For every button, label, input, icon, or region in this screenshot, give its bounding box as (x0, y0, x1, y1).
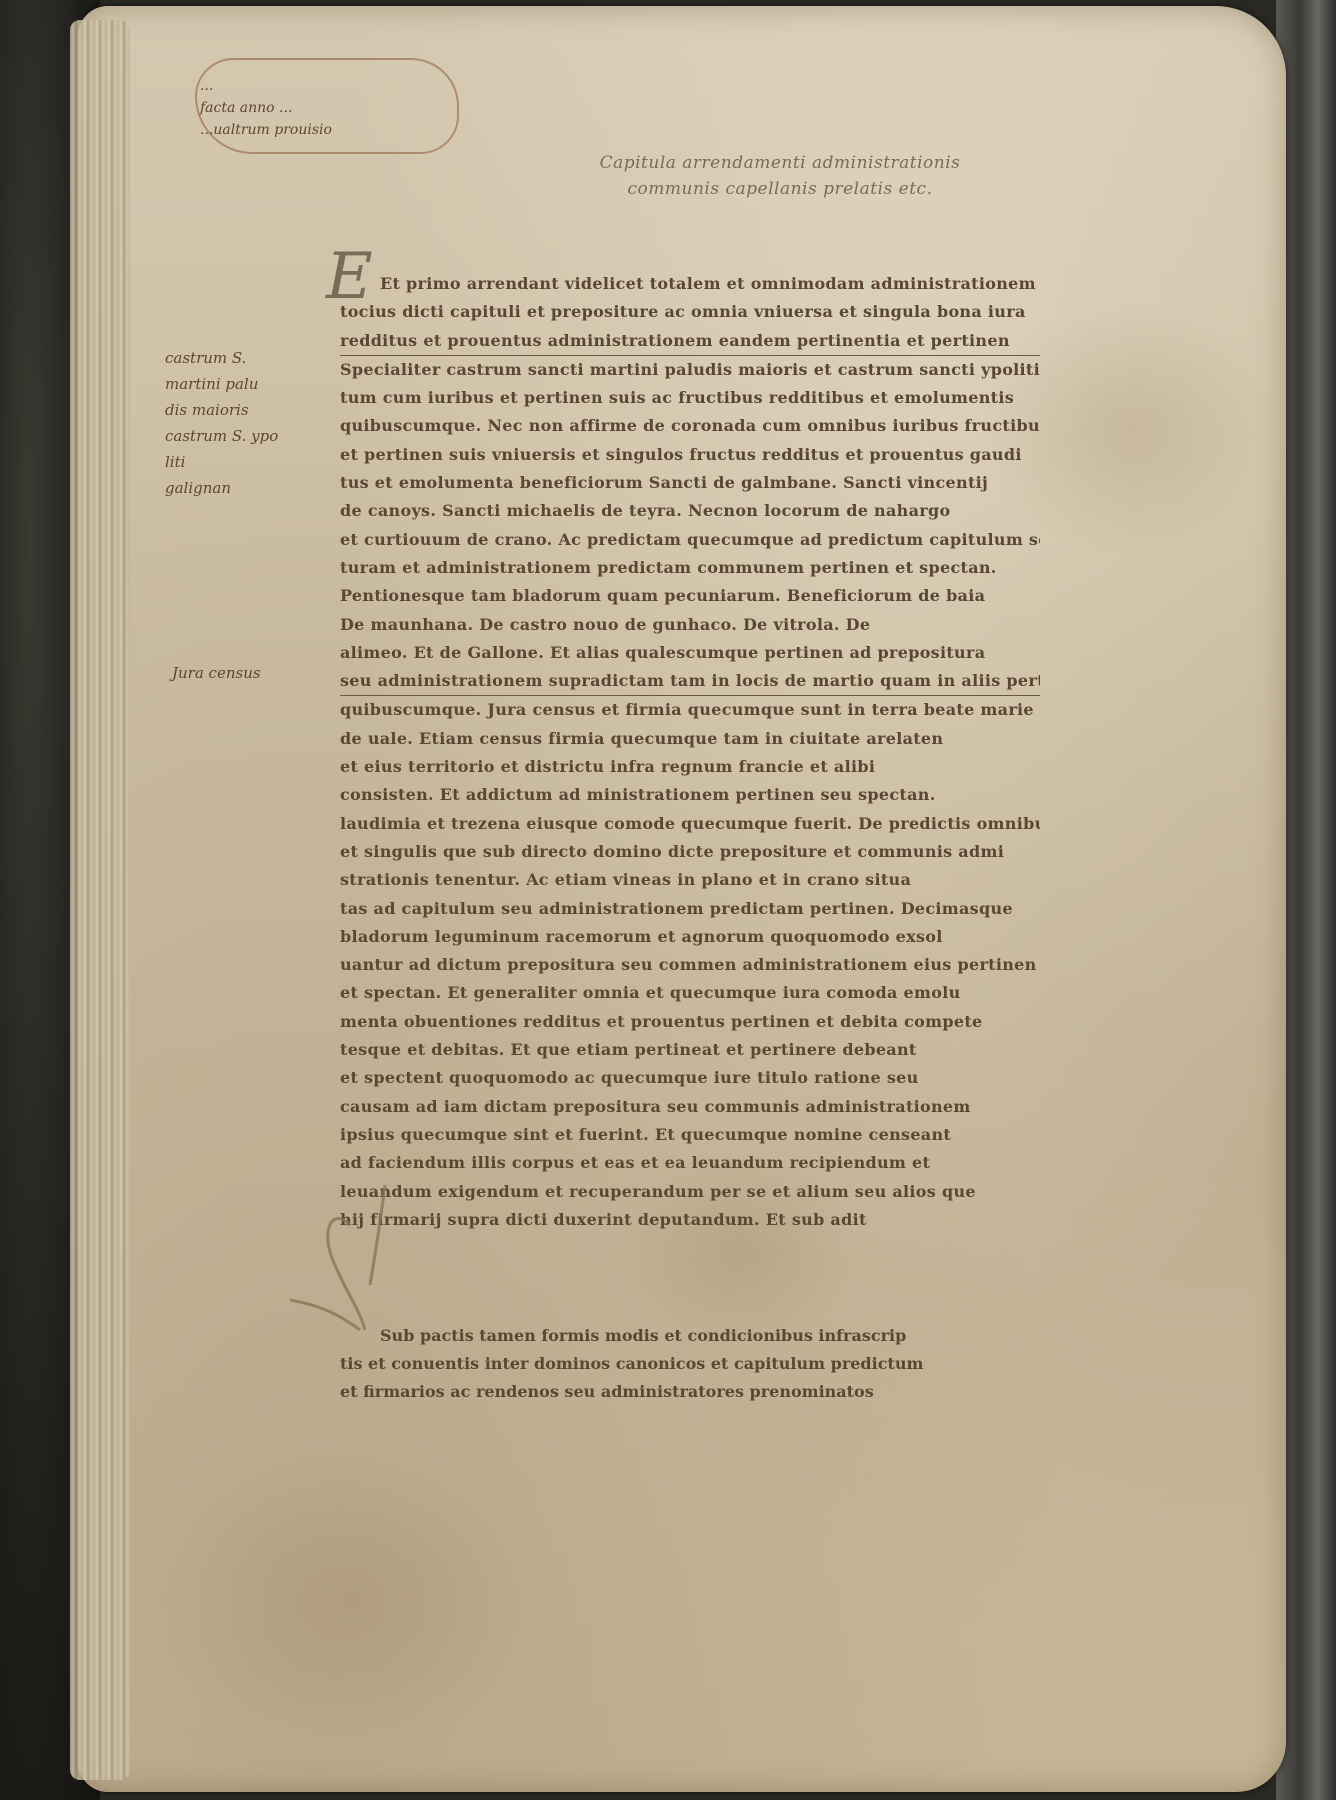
top-note-line: facta anno ... (200, 97, 440, 119)
text-line: laudimia et trezena eiusque comode quecu… (340, 810, 1040, 838)
text-line: tesque et debitas. Et que etiam pertinea… (340, 1036, 1040, 1064)
page-binding-edge (70, 20, 130, 1780)
top-note-line: ...ualtrum prouisio (200, 119, 440, 141)
text-line: ad faciendum illis corpus et eas et ea l… (340, 1149, 1040, 1177)
margin-note-line: castrum S. (165, 345, 278, 371)
top-left-note: ... facta anno ... ...ualtrum prouisio (200, 75, 440, 141)
closing-paragraph: Sub pactis tamen formis modis et condici… (340, 1322, 1060, 1406)
text-line: et spectent quoquomodo ac quecumque iure… (340, 1064, 1040, 1092)
margin-note-line: Jura census (172, 660, 261, 686)
water-stain (150, 1450, 550, 1750)
text-line: Sub pactis tamen formis modis et condici… (340, 1322, 1060, 1350)
text-line: uantur ad dictum prepositura seu commen … (340, 951, 1040, 979)
text-line: de uale. Etiam census firmia quecumque t… (340, 725, 1040, 753)
text-line: tocius dicti capituli et prepositure ac … (340, 298, 1040, 326)
text-line: tus et emolumenta beneficiorum Sancti de… (340, 469, 1040, 497)
text-line: strationis tenentur. Ac etiam vineas in … (340, 866, 1040, 894)
heading-line: communis capellanis prelatis etc. (560, 176, 1000, 202)
text-line: et eius territorio et districtu infra re… (340, 753, 1040, 781)
flourish-initial-s (290, 1185, 410, 1335)
text-line: Pentionesque tam bladorum quam pecuniaru… (340, 582, 1040, 610)
margin-note-line: galignan (165, 475, 278, 501)
text-line: De maunhana. De castro nouo de gunhaco. … (340, 611, 1040, 639)
text-line: bladorum leguminum racemorum et agnorum … (340, 923, 1040, 951)
text-line: leuandum exigendum et recuperandum per s… (340, 1178, 1040, 1206)
text-line: alimeo. Et de Gallone. Et alias qualescu… (340, 639, 1040, 667)
margin-note-castrum: castrum S. martini palu dis maioris cast… (165, 345, 278, 501)
text-line: seu administrationem supradictam tam in … (340, 667, 1040, 696)
text-line: quibuscumque. Jura census et firmia quec… (340, 696, 1040, 724)
margin-note-line: castrum S. ypo (165, 423, 278, 449)
text-line: hij firmarij supra dicti duxerint deputa… (340, 1206, 1040, 1234)
text-line: et firmarios ac rendenos seu administrat… (340, 1378, 1060, 1406)
main-text-block: Et primo arrendant videlicet totalem et … (340, 270, 1040, 1234)
text-line: tis et conuentis inter dominos canonicos… (340, 1350, 1060, 1378)
text-line: causam ad iam dictam prepositura seu com… (340, 1093, 1040, 1121)
margin-note-line: martini palu (165, 371, 278, 397)
margin-note-jura-census: Jura census (172, 660, 261, 686)
top-note-line: ... (200, 75, 440, 97)
margin-note-line: liti (165, 449, 278, 475)
margin-note-line: dis maioris (165, 397, 278, 423)
text-line: menta obuentiones redditus et prouentus … (340, 1008, 1040, 1036)
text-line: quibuscumque. Nec non affirme de coronad… (340, 412, 1040, 440)
text-line: et spectan. Et generaliter omnia et quec… (340, 979, 1040, 1007)
text-line: redditus et prouentus administrationem e… (340, 327, 1040, 356)
text-line: et curtiouum de crano. Ac predictam quec… (340, 526, 1040, 554)
text-line: tas ad capitulum seu administrationem pr… (340, 895, 1040, 923)
text-line: consisten. Et addictum ad ministrationem… (340, 781, 1040, 809)
text-line: de canoys. Sancti michaelis de teyra. Ne… (340, 497, 1040, 525)
text-line: Specialiter castrum sancti martini palud… (340, 356, 1040, 384)
heading-line: Capitula arrendamenti administrationis (560, 150, 1000, 176)
text-line: Et primo arrendant videlicet totalem et … (340, 270, 1040, 298)
page-heading: Capitula arrendamenti administrationis c… (560, 150, 1000, 202)
text-line: turam et administrationem predictam comm… (340, 554, 1040, 582)
text-line: et singulis que sub directo domino dicte… (340, 838, 1040, 866)
text-line: ipsius quecumque sint et fuerint. Et que… (340, 1121, 1040, 1149)
text-line: tum cum iuribus et pertinen suis ac fruc… (340, 384, 1040, 412)
text-line: et pertinen suis vniuersis et singulos f… (340, 441, 1040, 469)
